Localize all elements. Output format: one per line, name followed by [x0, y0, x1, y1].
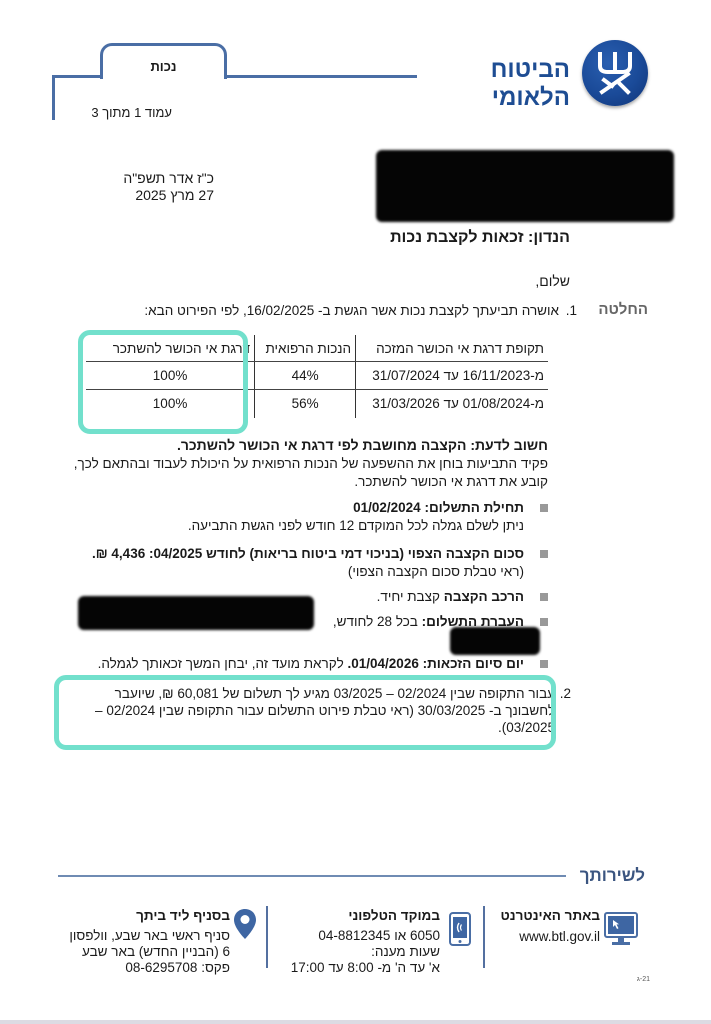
bullet-value: 4,436 ₪. — [92, 546, 145, 561]
redacted-bank-details-continued — [450, 627, 540, 655]
footer-title: לשירותך — [570, 866, 645, 886]
org-name: הביטוח הלאומי — [426, 56, 570, 112]
header-divider-left — [52, 75, 103, 78]
footer-column-divider — [483, 906, 485, 968]
bullet-label: תחילת התשלום: — [424, 500, 524, 515]
location-pin-icon — [233, 908, 257, 943]
bullet-square-icon — [540, 660, 548, 668]
bullet-note: (ראי טבלת סכום הקצבה הצפוי) — [70, 563, 524, 581]
important-note-title: חשוב לדעת: הקצבה מחושבת לפי דרגת אי הכוש… — [60, 437, 548, 453]
branch-fax: פקס: 08-6295708 — [60, 960, 230, 976]
cell-medical-disability: 56% — [255, 390, 356, 418]
important-note-body: פקיד התביעות בוחן את ההשפעה של הנכות הרפ… — [60, 455, 548, 491]
footer-web-block: באתר האינטרנט www.btl.gov.il — [500, 908, 600, 945]
bullet-value: בכל 28 לחודש, — [333, 614, 418, 629]
branch-address-line1: סניף ראשי באר שבע, וולפסון — [60, 928, 230, 944]
footer-column-divider — [266, 906, 268, 968]
column-header-medical-disability: הנכות הרפואית — [255, 335, 356, 362]
branch-title: בסניף ליד ביתך — [60, 908, 230, 923]
phone-numbers[interactable]: 6050 או 04-8812345 — [280, 928, 440, 944]
phone-title: במוקד הטלפוני — [280, 908, 440, 923]
footer-branch-block: בסניף ליד ביתך סניף ראשי באר שבע, וולפסו… — [60, 908, 230, 976]
category-tab-label: נכות — [100, 59, 227, 74]
btl-logo-icon — [582, 40, 648, 106]
header-divider — [227, 75, 417, 78]
bullet-value: קצבת יחיד. — [377, 589, 440, 604]
redacted-recipient-address — [376, 150, 674, 222]
bullet-value: 01/04/2026. — [348, 656, 419, 671]
bullet-square-icon — [540, 504, 548, 512]
redacted-bank-details — [78, 596, 314, 630]
column-header-period: תקופת דרגת אי הכושר המזכה — [356, 335, 548, 362]
greeting: שלום, — [450, 273, 570, 289]
footer-divider — [58, 875, 566, 877]
phone-hours: א' עד ה' מ- 8:00 עד 17:00 — [280, 960, 440, 976]
item-number: 2. — [560, 685, 571, 702]
cell-period: מ-16/11/2023 עד 31/07/2024 — [356, 362, 548, 390]
decision-label: החלטה — [585, 301, 648, 318]
header-divider-vertical — [52, 75, 55, 120]
item-number: 1. — [566, 303, 577, 318]
phone-hours-label: שעות מענה: — [280, 944, 440, 960]
hebrew-date: כ"ז אדר תשפ"ה — [90, 170, 214, 186]
cell-period: מ-01/08/2024 עד 31/03/2026 — [356, 390, 548, 418]
form-code: 21-ג — [620, 976, 650, 983]
web-url-link[interactable]: www.btl.gov.il — [500, 929, 600, 945]
bullet-square-icon — [540, 550, 548, 558]
mobile-phone-icon — [449, 912, 471, 949]
page-indicator-text: עמוד 1 מתוך 3 — [91, 105, 172, 120]
item-text: אושרה תביעתך לקצבת נכות אשר הגשת ב- 16/0… — [115, 303, 577, 318]
highlight-retroactive-payment — [54, 675, 556, 750]
bullet-note: לקראת מועד זה, יבחן המשך זכאותך לגמלה. — [98, 656, 344, 671]
footer-phone-block: במוקד הטלפוני 6050 או 04-8812345 שעות מע… — [280, 908, 440, 976]
branch-address-line2: 6 (הבניין החדש) באר שבע — [60, 944, 230, 960]
gregorian-date: 27 מרץ 2025 — [90, 187, 214, 203]
monitor-icon — [604, 912, 638, 951]
web-title: באתר האינטרנט — [500, 908, 600, 923]
bullet-eligibility-end: יום סיום הזכאות: 01/04/2026. לקראת מועד … — [76, 655, 524, 673]
bullet-label: סכום הקצבה הצפוי (בניכוי דמי ביטוח בריאו… — [149, 546, 524, 561]
viewer-bottom-bar — [0, 1020, 711, 1024]
decision-item-1: 1. אושרה תביעתך לקצבת נכות אשר הגשת ב- 1… — [115, 303, 577, 318]
bullet-note: ניתן לשלם גמלה לכל המוקדם 12 חודש לפני ה… — [78, 517, 524, 535]
bullet-value: 01/02/2024 — [353, 500, 421, 515]
bullet-label: יום סיום הזכאות: — [423, 656, 524, 671]
bullet-square-icon — [540, 593, 548, 601]
letter-subject: הנדון: זכאות לקצבת נכות — [320, 229, 570, 247]
highlight-earning-incapacity-column — [78, 330, 248, 434]
bullet-expected-amount: סכום הקצבה הצפוי (בניכוי דמי ביטוח בריאו… — [70, 545, 524, 581]
bullet-label: הרכב הקצבה — [444, 589, 524, 604]
cell-medical-disability: 44% — [255, 362, 356, 390]
bullet-payment-start: תחילת התשלום: 01/02/2024 ניתן לשלם גמלה … — [78, 499, 524, 535]
page-indicator: עמוד 1 מתוך 3 — [60, 105, 172, 120]
bullet-square-icon — [540, 618, 548, 626]
